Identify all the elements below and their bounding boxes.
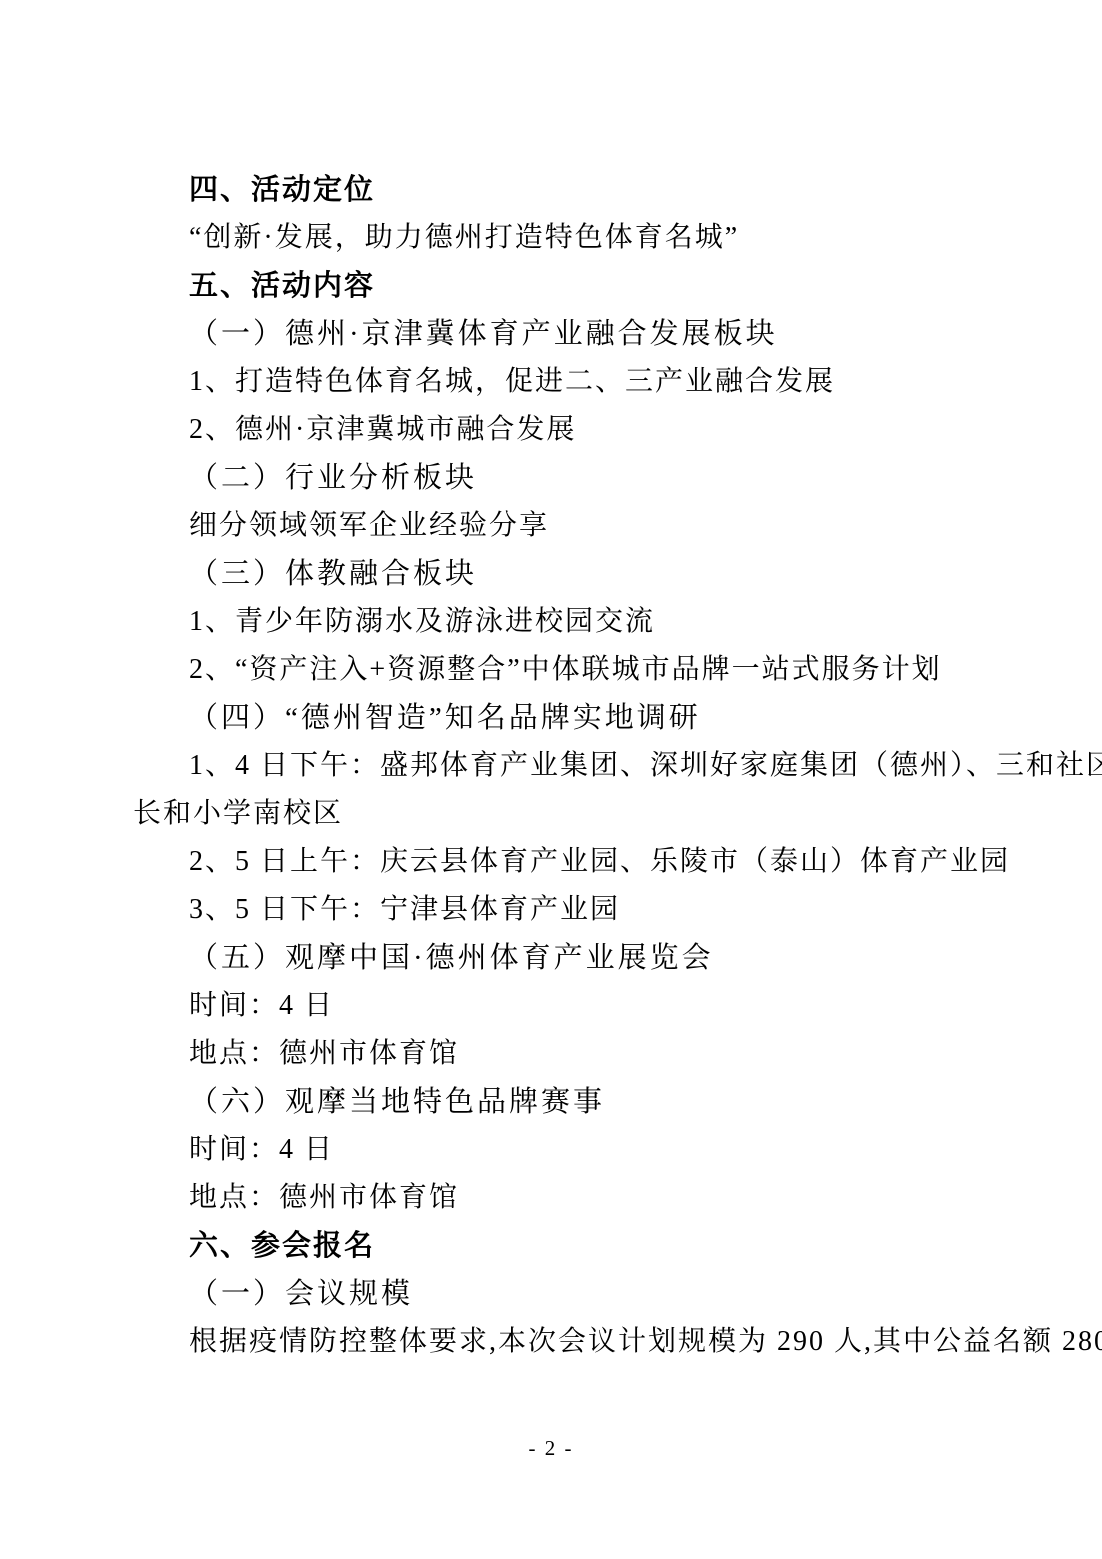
subsection-heading: （五）观摩中国·德州体育产业展览会 [133,934,993,982]
section-heading: 五、活动内容 [133,262,993,310]
body-paragraph: 时间：4 日 [133,1126,993,1174]
body-paragraph: 3、5 日下午：宁津县体育产业园 [133,886,993,934]
body-paragraph: 2、5 日上午：庆云县体育产业园、乐陵市（泰山）体育产业园 [133,838,993,886]
body-paragraph: 根据疫情防控整体要求,本次会议计划规模为 290 人,其中公益名额 280 [133,1318,993,1366]
subsection-heading: （一）德州·京津冀体育产业融合发展板块 [133,310,993,358]
body-paragraph: 时间：4 日 [133,982,993,1030]
section-heading: 四、活动定位 [133,166,993,214]
subsection-heading: （一）会议规模 [133,1270,993,1318]
subsection-heading: （四）“德州智造”知名品牌实地调研 [133,694,993,742]
subsection-heading: （六）观摩当地特色品牌赛事 [133,1078,993,1126]
body-paragraph: “创新·发展，助力德州打造特色体育名城” [133,214,993,262]
body-paragraph: 地点：德州市体育馆 [133,1030,993,1078]
body-paragraph: 1、4 日下午：盛邦体育产业集团、深圳好家庭集团（德州）、三和社区、 [133,742,993,790]
body-paragraph: 长和小学南校区 [133,790,993,838]
subsection-heading: （三）体教融合板块 [133,550,993,598]
subsection-heading: （二）行业分析板块 [133,454,993,502]
body-paragraph: 1、青少年防溺水及游泳进校园交流 [133,598,993,646]
page-number: - 2 - [0,1436,1102,1461]
body-paragraph: 2、德州·京津冀城市融合发展 [133,406,993,454]
document-content: 四、活动定位“创新·发展，助力德州打造特色体育名城”五、活动内容（一）德州·京津… [133,166,993,1366]
body-paragraph: 2、“资产注入+资源整合”中体联城市品牌一站式服务计划 [133,646,993,694]
document-page: 四、活动定位“创新·发展，助力德州打造特色体育名城”五、活动内容（一）德州·京津… [0,0,1102,1559]
body-paragraph: 地点：德州市体育馆 [133,1174,993,1222]
body-paragraph: 1、打造特色体育名城，促进二、三产业融合发展 [133,358,993,406]
body-paragraph: 细分领域领军企业经验分享 [133,502,993,550]
section-heading: 六、参会报名 [133,1222,993,1270]
